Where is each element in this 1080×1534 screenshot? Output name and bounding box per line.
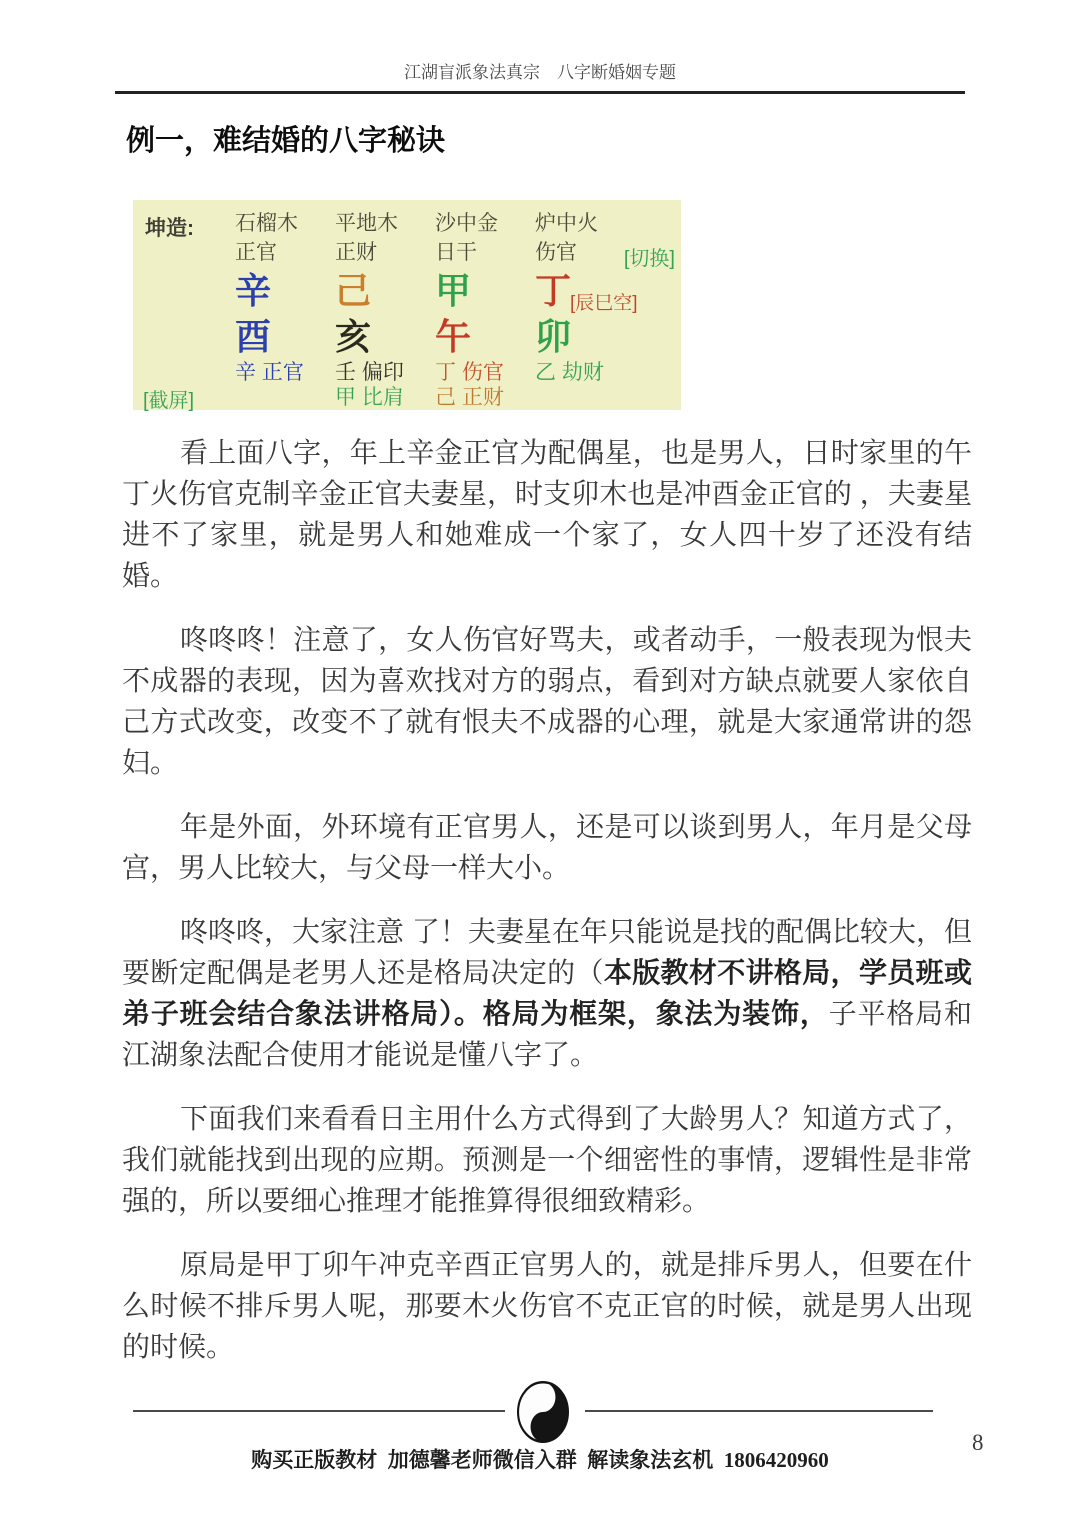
earthly-branch: 亥 [335,314,435,360]
pillar-month: 平地木 正财 己 亥 壬 偏印 甲 比肩 [335,210,435,410]
bazi-chart-panel: 坤造: [切换] [辰巳空] [截屏] 石榴木 正官 辛 酉 辛 正官 平地木 … [133,200,681,410]
ten-god-label: 伤官 [535,238,635,268]
article-body: 看上面八字，年上辛金正官为配偶星，也是男人，日时家里的午丁火伤官克制辛金正官夫妻… [122,432,972,1367]
pillar-hour: 炉中火 伤官 丁 卯 乙 劫财 [535,210,635,410]
earthly-branch: 酉 [235,314,335,360]
section-title: 例一，难结婚的八字秘诀 [126,122,1080,160]
pillar-day: 沙中金 日干 甲 午 丁 伤官 己 正财 [435,210,535,410]
header-title: 江湖盲派象法真宗 八字断婚姻专题 [0,0,1080,86]
ten-god-label: 正财 [335,238,435,268]
page-header: 江湖盲派象法真宗 八字断婚姻专题 [0,0,1080,94]
ten-god-label: 正官 [235,238,335,268]
paragraph-text: 下面我们来看看日主用什么方式得到了大龄男人？知道方式了，我们就能找到出现的应期。… [122,1103,972,1216]
footer-contact: 购买正版教材 加德馨老师微信入群 解读象法玄机 1806420960 [0,1444,1080,1474]
pillar-year: 石榴木 正官 辛 酉 辛 正官 [235,210,335,410]
nayin-label: 沙中金 [435,210,535,238]
heavenly-stem: 己 [335,268,435,314]
hidden-stem: 丁 伤官 [435,360,535,386]
paragraph-text: 看上面八字，年上辛金正官为配偶星，也是男人，日时家里的午丁火伤官克制辛金正官夫妻… [122,437,972,591]
gender-label: 坤造: [145,212,194,242]
hidden-stem: 己 正财 [435,386,535,410]
nayin-label: 石榴木 [235,210,335,238]
paragraph: 咚咚咚，大家注意 了！夫妻星在年只能说是找的配偶比较大，但要断定配偶是老男人还是… [122,911,972,1075]
hidden-stem: 辛 正官 [235,360,335,386]
heavenly-stem: 甲 [435,268,535,314]
paragraph: 原局是甲丁卯午冲克辛酉正官男人的，就是排斥男人，但要在什么时候不排斥男人呢，那要… [122,1244,972,1367]
hidden-stem [535,386,635,410]
paragraph: 年是外面，外环境有正官男人，还是可以谈到男人，年月是父母宫，男人比较大，与父母一… [122,806,972,888]
pillars: 石榴木 正官 辛 酉 辛 正官 平地木 正财 己 亥 壬 偏印 甲 比肩 沙中金… [235,210,635,410]
paragraph: 下面我们来看看日主用什么方式得到了大龄男人？知道方式了，我们就能找到出现的应期。… [122,1098,972,1221]
header-divider [115,91,965,94]
hidden-stem: 乙 劫财 [535,360,635,386]
paragraph-text: 咚咚咚！注意了，女人伤官好骂夫，或者动手，一般表现为恨夫不成器的表现，因为喜欢找… [122,624,972,778]
hidden-stem: 甲 比肩 [335,386,435,410]
earthly-branch: 卯 [535,314,635,360]
hidden-stem: 壬 偏印 [335,360,435,386]
ten-god-label: 日干 [435,238,535,268]
paragraph: 看上面八字，年上辛金正官为配偶星，也是男人，日时家里的午丁火伤官克制辛金正官夫妻… [122,432,972,596]
paragraph: 咚咚咚！注意了，女人伤官好骂夫，或者动手，一般表现为恨夫不成器的表现，因为喜欢找… [122,619,972,783]
hidden-stem [235,386,335,410]
page-number: 8 [972,1430,984,1456]
nayin-label: 平地木 [335,210,435,238]
paragraph-text: 原局是甲丁卯午冲克辛酉正官男人的，就是排斥男人，但要在什么时候不排斥男人呢，那要… [122,1249,972,1362]
nayin-label: 炉中火 [535,210,635,238]
heavenly-stem: 辛 [235,268,335,314]
heavenly-stem: 丁 [535,268,635,314]
earthly-branch: 午 [435,314,535,360]
footer-divider-left [133,1410,505,1412]
yinyang-icon [517,1381,569,1443]
document-page: 江湖盲派象法真宗 八字断婚姻专题 例一，难结婚的八字秘诀 坤造: [切换] [辰… [0,0,1080,1534]
footer-divider-right [585,1410,933,1412]
paragraph-text: 年是外面，外环境有正官男人，还是可以谈到男人，年月是父母宫，男人比较大，与父母一… [122,811,972,883]
screenshot-button: [截屏] [143,384,194,413]
